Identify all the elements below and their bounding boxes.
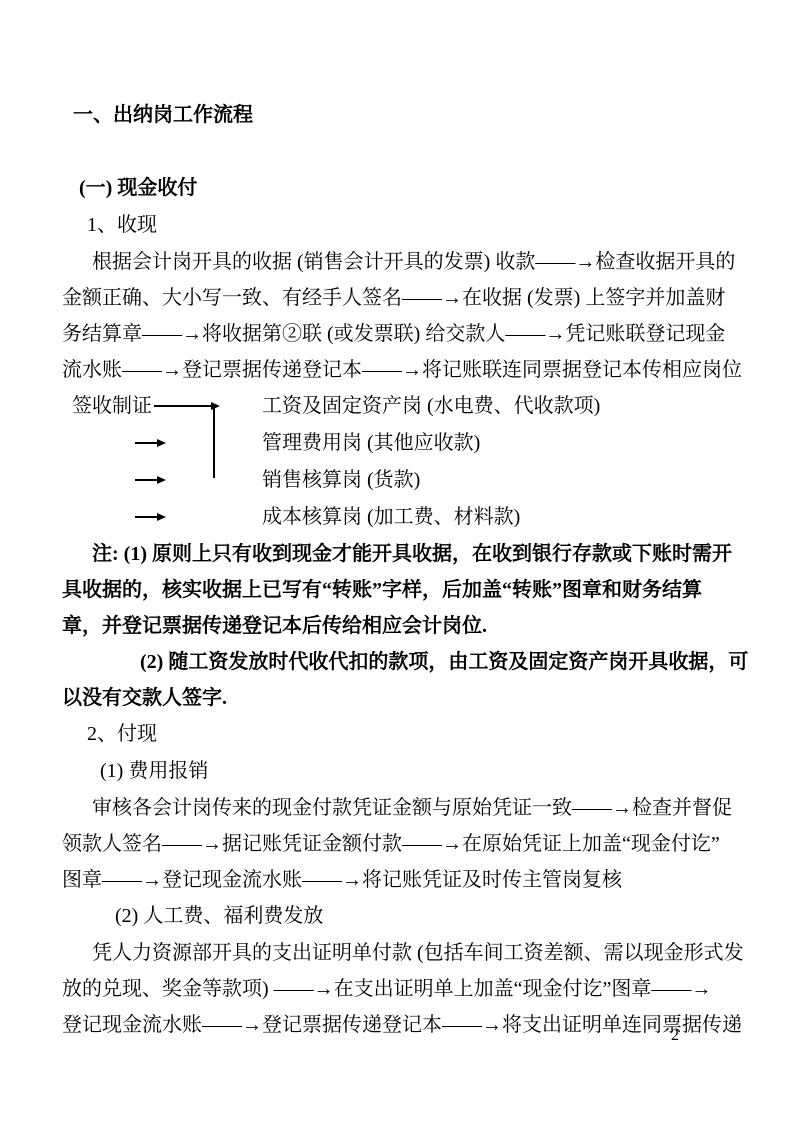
pay-expense-line: 审核各会计岗传来的现金付款凭证金额与原始凭证一致——→检查并督促	[62, 790, 743, 826]
diagram-row: 销售核算岗 (货款)	[62, 462, 743, 499]
pay-labor-heading: (2) 人工费、福利费发放	[62, 898, 743, 935]
receive-flow-line: 根据会计岗开具的收据 (销售会计开具的发票) 收款——→检查收据开具的	[62, 244, 743, 280]
diagram-target-label: 销售核算岗 (货款)	[262, 462, 420, 499]
note-line: 章，并登记票据传递登记本后传给相应会计岗位.	[62, 608, 743, 644]
receive-flow-line: 务结算章——→将收据第②联 (或发票联) 给交款人——→凭记账联登记现金	[62, 316, 743, 352]
document-page: 一、出纳岗工作流程 (一) 现金收付 1、收现 根据会计岗开具的收据 (销售会计…	[0, 0, 793, 1122]
diagram-row: 成本核算岗 (加工费、材料款)	[62, 499, 743, 536]
blank-line	[62, 133, 743, 170]
diagram-target-label: 成本核算岗 (加工费、材料款)	[262, 499, 520, 536]
arrow-right-icon	[135, 479, 157, 481]
pay-labor-line: 登记现金流水账——→登记票据传递登记本——→将支出证明单连同票据传递	[62, 1007, 743, 1043]
note-line: (2) 随工资发放时代收代扣的款项，由工资及固定资产岗开具收据，可	[62, 644, 743, 680]
pay-expense-line: 领款人签名——→据记账凭证金额付款——→在原始凭证上加盖“现金付讫”	[62, 826, 743, 862]
diagram-target-label: 工资及固定资产岗 (水电费、代收款项)	[262, 388, 600, 425]
subsection-pay-cash: 2、付现	[62, 716, 743, 753]
flow-diagram: 签收制证 工资及固定资产岗 (水电费、代收款项) 管理费用岗 (其他应收款) 销…	[62, 388, 743, 536]
receive-flow-line: 金额正确、大小写一致、有经手人签名——→在收据 (发票) 上签字并加盖财	[62, 280, 743, 316]
pay-labor-line: 凭人力资源部开具的支出证明单付款 (包括车间工资差额、需以现金形式发	[62, 935, 743, 971]
section-heading-cash: (一) 现金收付	[62, 170, 743, 207]
receive-flow-line: 流水账——→登记票据传递登记本——→将记账联连同票据登记本传相应岗位	[62, 352, 743, 388]
pay-labor-line: 放的兑现、奖金等款项) ——→在支出证明单上加盖“现金付讫”图章——→	[62, 971, 743, 1007]
diagram-connector-line	[213, 408, 215, 478]
page-number: 2	[671, 1026, 679, 1046]
diagram-row: 签收制证 工资及固定资产岗 (水电费、代收款项)	[62, 388, 743, 425]
document-title: 一、出纳岗工作流程	[62, 97, 743, 133]
note-line: 具收据的，核实收据上已写有“转账”字样，后加盖“转账”图章和财务结算	[62, 572, 743, 608]
note-line: 以没有交款人签字.	[62, 680, 743, 716]
arrow-right-icon	[135, 442, 157, 444]
subsection-receive-cash: 1、收现	[62, 207, 743, 244]
arrow-right-icon	[154, 405, 211, 407]
diagram-source-label: 签收制证	[72, 388, 152, 425]
diagram-target-label: 管理费用岗 (其他应收款)	[262, 425, 480, 462]
pay-expense-heading: (1) 费用报销	[62, 753, 743, 790]
note-line: 注: (1) 原则上只有收到现金才能开具收据，在收到银行存款或下账时需开	[62, 536, 743, 572]
diagram-row: 管理费用岗 (其他应收款)	[62, 425, 743, 462]
arrow-right-icon	[135, 516, 157, 518]
pay-expense-line: 图章——→登记现金流水账——→将记账凭证及时传主管岗复核	[62, 862, 743, 898]
